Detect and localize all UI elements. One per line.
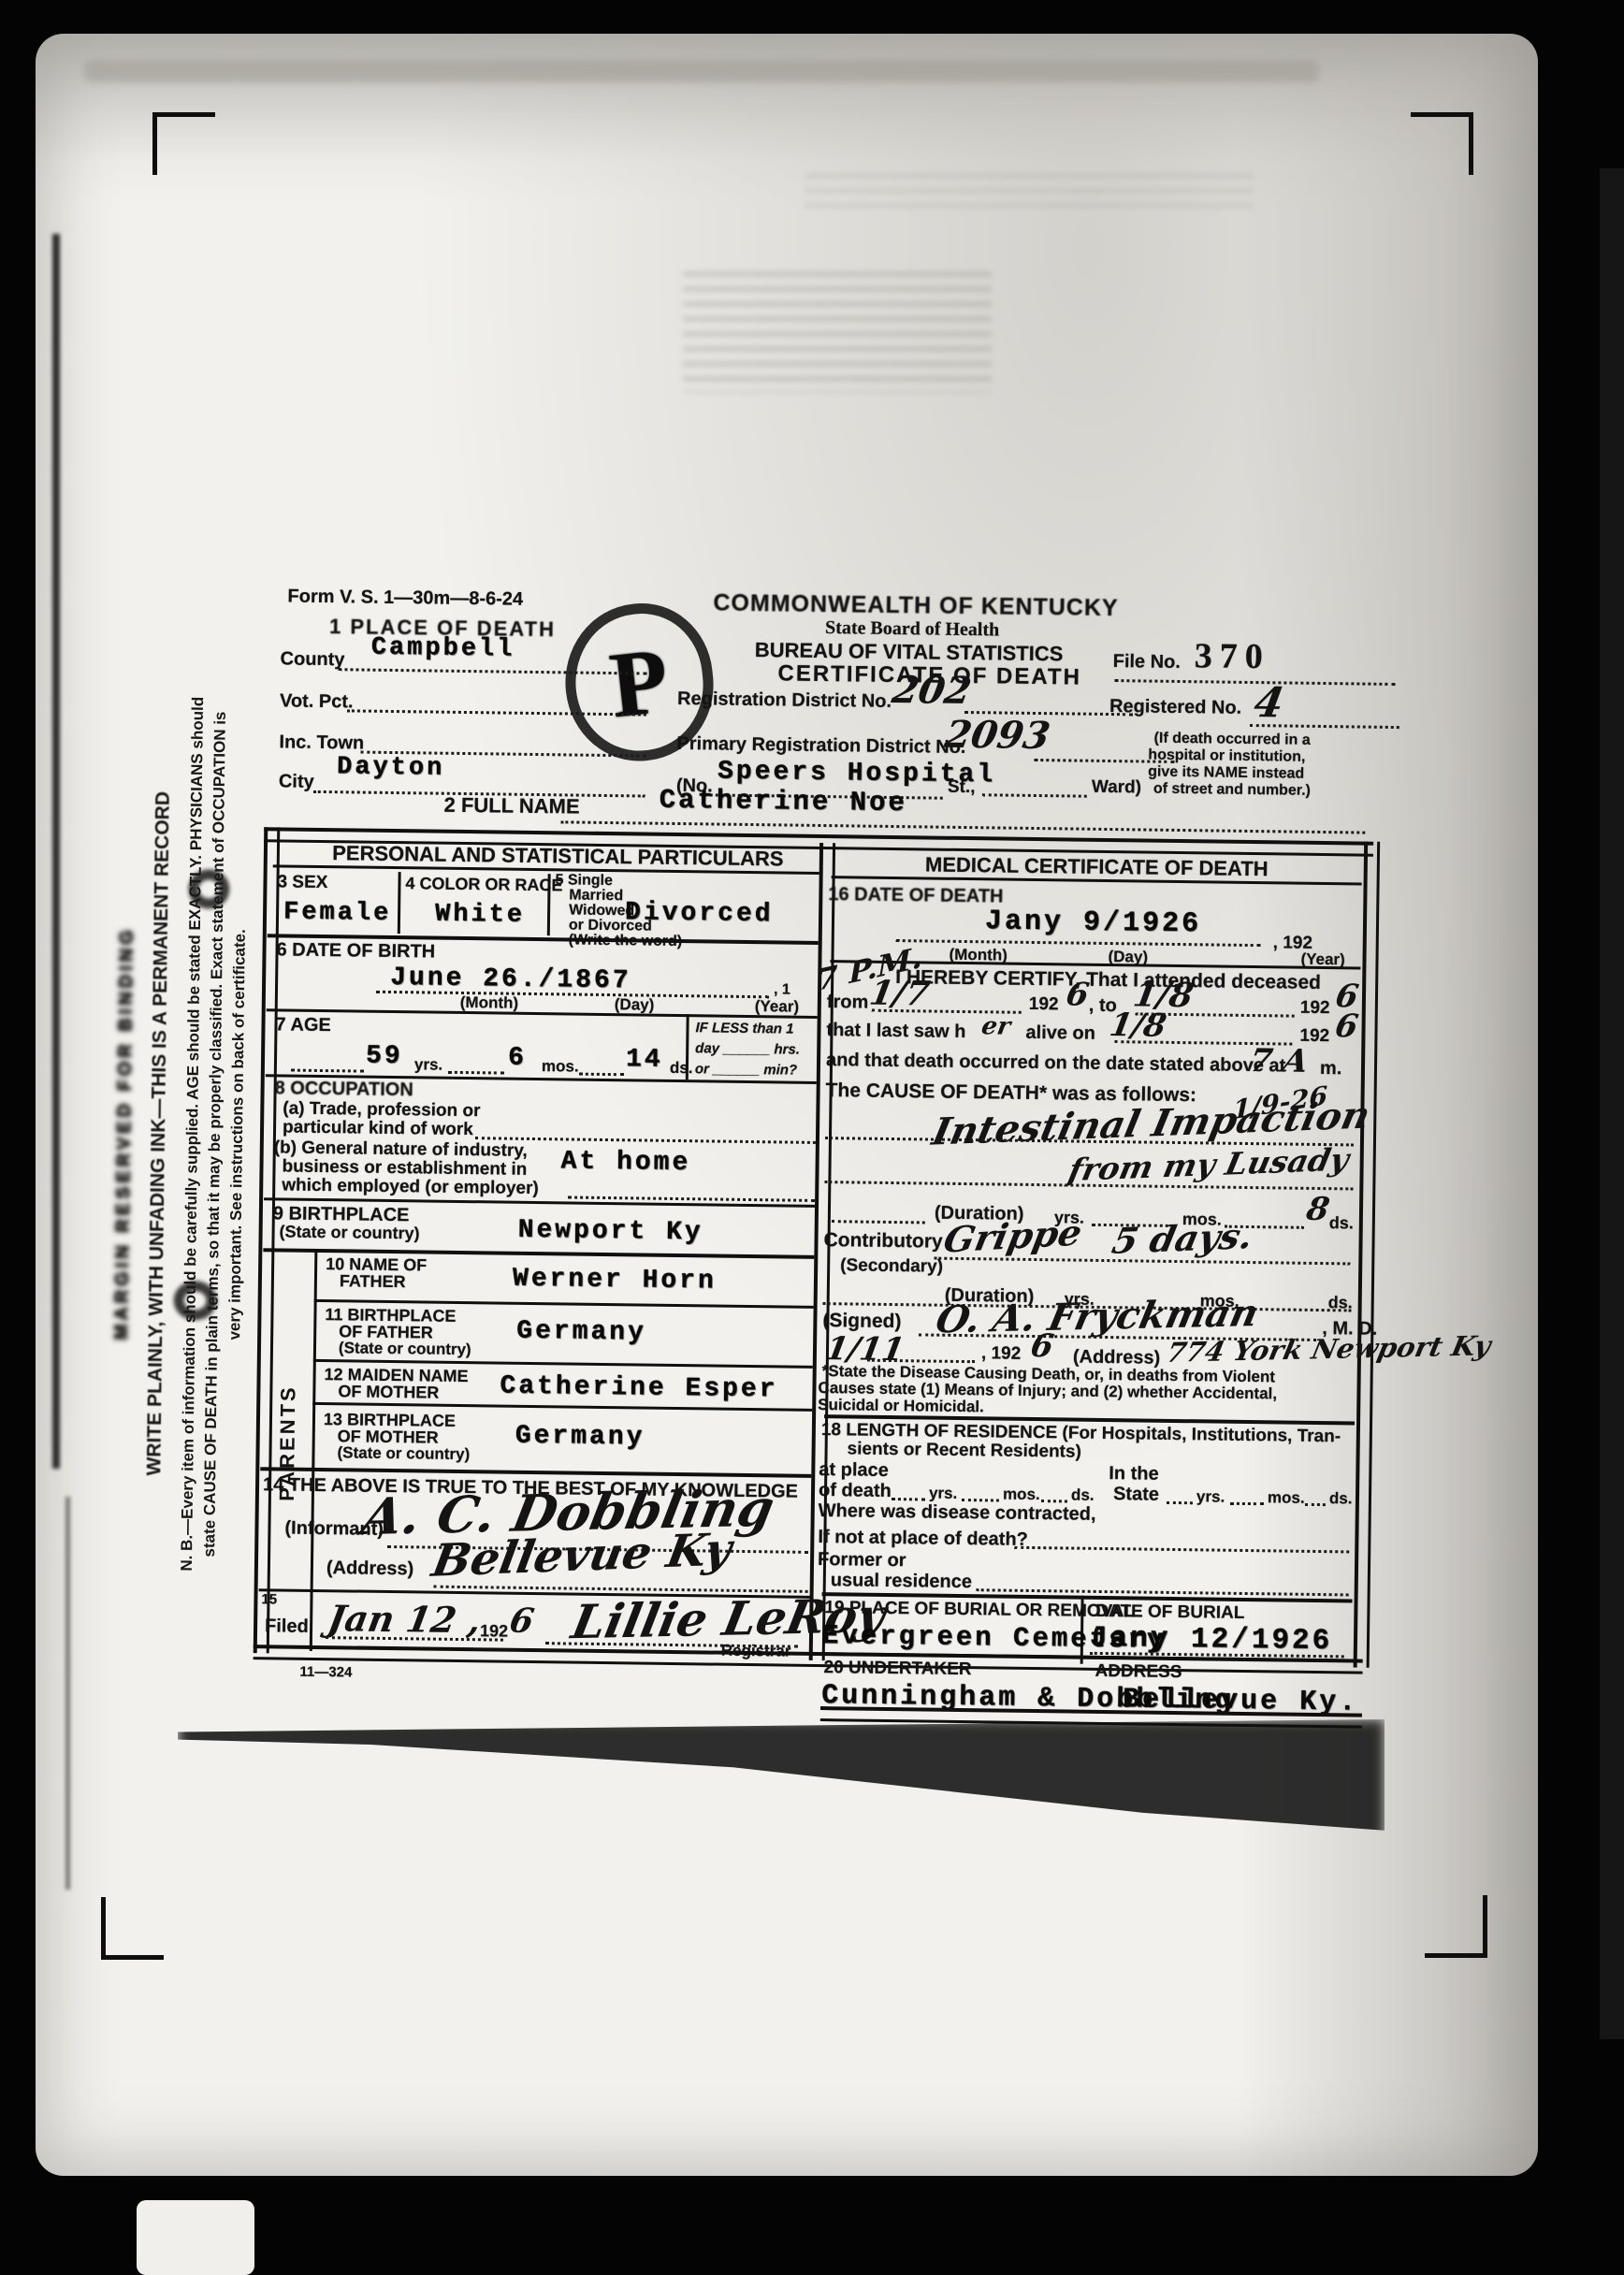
footnote-3: Suicidal or Homicidal. [818,1396,984,1416]
color-label: 4 COLOR OR RACE [405,874,562,895]
st-label: St., [948,777,976,798]
table-right-border [1354,842,1381,1668]
occupation-label: 8 OCCUPATION [274,1078,413,1101]
dob-month-label: (Month) [460,993,519,1013]
residence-label-2: sients or Recent Residents) [847,1439,1081,1462]
primary-reg-label: Primary Registration District No. [676,733,965,759]
color-cell-divider [547,874,551,935]
inc-town-label: Inc. Town [279,732,364,754]
reg-district-label: Registration District No. [677,688,892,713]
crop-mark-bottom-left [101,1897,164,1960]
full-name-label: 2 FULL NAME [443,793,579,819]
res-yrs-1: yrs. [929,1485,958,1503]
duration-ds: ds. [1329,1213,1354,1233]
age-line-3 [579,1071,624,1077]
of-death-label: of death [819,1480,892,1502]
age-label: 7 AGE [275,1014,331,1036]
film-bottom-tab [137,2200,254,2275]
if-less-line1: IF LESS than 1 [695,1020,793,1036]
form-code: 11—324 [299,1664,352,1681]
occupation-a2: particular kind of work [283,1117,473,1140]
age-yrs-value: 59 [366,1042,403,1072]
death-certificate: MARGIN RESERVED FOR BINDING WRITE PLAINL… [86,559,1411,1713]
dob-label: 6 DATE OF BIRTH [276,939,435,963]
sex-label: 3 SEX [277,872,327,893]
hospital-note-1: (If death occurred in a [1153,731,1310,749]
usual-label: usual residence [831,1570,972,1593]
board-subtitle: State Board of Health [825,617,999,641]
birthplace-sub: (State or country) [279,1222,419,1243]
in-the-label: In the [1109,1463,1159,1485]
occupation-value: At home [560,1147,690,1178]
if-less-line3: or ______ min? [695,1061,797,1078]
primary-reg-value: 2093 [942,713,1053,758]
form-number: Form V. S. 1—30m—8-6-24 [287,587,523,611]
died-label: and that death occurred on the date stat… [826,1050,1285,1077]
dob-year-prefix: , 1 [774,981,790,998]
if-not-line [1014,1544,1349,1554]
res-line-5 [1230,1500,1264,1505]
undertaker-address-label: ADDRESS [1095,1661,1182,1683]
dod-value: Jany 9/1926 [985,906,1201,940]
father-label-2: FATHER [340,1271,406,1292]
ghost-text-blob [683,271,992,393]
marital-value: Divorced [625,898,774,929]
certify-text: I HEREBY CERTIFY, That I attended deceas… [895,966,1321,994]
margin-instructions: MARGIN RESERVED FOR BINDING WRITE PLAINL… [107,595,266,1673]
film-scratch [52,234,60,1469]
saw-label-1: that I last saw h [826,1020,965,1043]
p-stamp-letter: P [605,626,674,739]
duration-line-0 [832,1218,925,1224]
burial-label: 19 PLACE OF BURIAL OR REMOVAL [824,1598,1135,1622]
ink-blot [173,1281,217,1321]
contracted-label: Where was disease contracted, [819,1500,1096,1526]
father-value: Werner Horn [513,1265,717,1297]
sex-value: Female [283,898,392,928]
informant-address-sig: Bellevue Ky [428,1524,736,1587]
film-scratch-2 [65,1497,70,1890]
file-no-line [1114,677,1395,686]
cause-line-2: from my Lusady [1066,1141,1353,1188]
mother-bp-sub: (State or country) [337,1443,470,1464]
primary-reg-line [1034,757,1174,763]
res-line-3 [1041,1498,1067,1502]
age-line-1 [291,1067,364,1073]
hospital-note-3: give its NAME instead [1148,764,1304,783]
former-label: Former or [818,1549,906,1572]
address-tag: (Address) [326,1558,414,1580]
registered-no-value: 4 [1251,679,1287,727]
crop-mark-top-left [152,112,215,175]
dod-label: 16 DATE OF DEATH [828,884,1003,907]
county-value: Campbell [371,634,515,664]
burial-date-label: DATE OF BURIAL [1095,1601,1244,1624]
registered-no-line [1250,722,1399,729]
birthplace-value: Newport Ky [517,1216,703,1248]
commonwealth-title: COMMONWEALTH OF KENTUCKY [713,589,1119,622]
res-line-4 [1167,1500,1193,1504]
file-no-value: 370 [1194,635,1270,677]
file-no-label: File No. [1113,651,1182,674]
dob-day-label: (Day) [615,995,655,1015]
filed-year: 6 [507,1601,537,1641]
sign-year-prefix: , 192 [981,1343,1022,1365]
res-yrs-2: yrs. [1196,1487,1225,1506]
occupation-b-line [568,1194,815,1201]
mother-label-2: OF MOTHER [338,1382,439,1402]
res-mos-1: mos. [1003,1485,1040,1505]
dob-row-rule [267,1008,818,1019]
crop-mark-top-right [1411,112,1473,175]
father-bp-sub: (State or country) [339,1339,471,1359]
mother-value: Catherine Esper [500,1372,777,1405]
saw-label-2: alive on [1025,1022,1095,1045]
dob-year-label: (Year) [755,997,800,1017]
saw-er: er [979,1012,1012,1040]
res-line-6 [1305,1501,1326,1506]
county-label: County [280,648,344,671]
st-line [982,791,1087,797]
died-time: 7 A [1247,1042,1312,1080]
item-15: 15 [261,1591,277,1607]
if-not-label: If not at place of death? [818,1527,1028,1551]
age-ds-value: 14 [626,1045,663,1075]
res-mos-2: mos. [1268,1488,1305,1508]
duration-ds-value: 8 [1304,1191,1333,1228]
res-ds-2: ds. [1329,1489,1353,1508]
filed-label: Filed [265,1616,309,1638]
age-yrs-label: yrs. [414,1055,443,1074]
undertaker-label: 20 UNDERTAKER [823,1658,971,1680]
age-mos-label: mos. [542,1057,579,1077]
top-smudge-band [84,60,1319,82]
filed-line-1 [326,1634,503,1641]
reg-district-value: 202 [889,668,975,713]
margin-binding-text: MARGIN RESERVED FOR BINDING [107,595,142,1671]
if-less-line2: day ______ hrs. [695,1040,800,1057]
occupation-b3: which employed (or employer) [282,1175,539,1199]
vot-pct-label: Vot. Pct. [280,690,354,713]
city-label: City [279,771,314,792]
contributory-value: Grippe [940,1211,1085,1261]
age-line-2 [448,1069,504,1075]
age-mos-value: 6 [508,1044,527,1073]
died-m-label: m. [1320,1058,1342,1080]
age-ds-label: ds. [670,1059,693,1078]
sex-cell-divider [398,872,401,934]
res-line-2 [962,1497,999,1502]
mother-bp-value: Germany [515,1422,645,1453]
contributory-duration: 5 days. [1109,1214,1257,1262]
color-value: White [435,901,525,930]
hospital-note-4: of street and number.) [1153,781,1311,800]
state-label: State [1113,1484,1159,1506]
registrar-label: Registrar [721,1642,791,1661]
father-bp-value: Germany [516,1317,646,1348]
ghost-text-blob-2 [805,173,1254,210]
ward-label: Ward) [1092,777,1141,799]
res-line-1 [892,1496,925,1500]
to-192: 192 [1300,998,1330,1019]
from-label: from [827,992,869,1014]
contributory-label: Contributory [823,1229,942,1253]
full-name-value: Catherine Noe [659,785,907,819]
res-ds-1: ds. [1071,1486,1095,1505]
crop-mark-bottom-right [1425,1895,1487,1958]
informant-tag: (Informant) [284,1518,384,1541]
from-192: 192 [1029,994,1059,1015]
secondary-label: (Secondary) [840,1255,943,1277]
margin-write-plainly: WRITE PLAINLY, WITH UNFADING INK—THIS IS… [140,596,177,1672]
at-place-label: at place [819,1459,889,1482]
film-right-edge [1600,168,1624,2039]
city-value: Dayton [337,753,445,783]
